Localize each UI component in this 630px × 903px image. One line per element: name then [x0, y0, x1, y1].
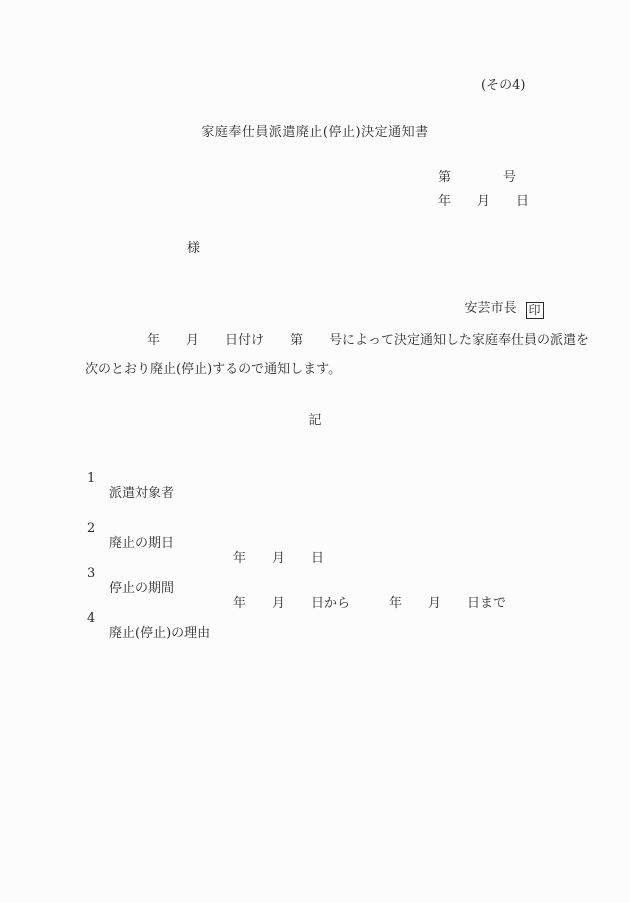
document-page: (その4) 家庭奉仕員派遣廃止(停止)決定通知書 第 号 年 月 日 様 安芸市…: [0, 0, 630, 903]
seal-stamp-box: 印: [526, 302, 544, 319]
issuer-name: 安芸市長: [465, 301, 517, 316]
body-paragraph-line-1: 年 月 日付け 第 号によって決定通知した家庭奉仕員の派遣を: [147, 334, 589, 349]
list-item-reason: 4 廃止(停止)の理由: [87, 597, 630, 613]
list-item-abolition-date: 2 廃止の期日 年 月 日: [87, 507, 630, 523]
list-item-suspension-period: 3 停止の期間 年 月 日から 年 月 日まで: [87, 552, 630, 568]
item-label: 派遣対象者: [109, 487, 174, 502]
document-title: 家庭奉仕員派遣廃止(停止)決定通知書: [0, 126, 630, 141]
item-number: 2: [87, 522, 95, 537]
body-paragraph-line-2: 次のとおり廃止(停止)するので通知します。: [85, 363, 341, 378]
item-label: 停止の期間: [109, 582, 174, 597]
issue-date-line: 年 月 日: [438, 195, 529, 210]
item-number: 3: [87, 567, 95, 582]
section-marker: 記: [0, 414, 630, 429]
item-label: 廃止(停止)の理由: [109, 627, 210, 642]
list-item-dispatch-target: 1 派遣対象者: [87, 457, 630, 473]
item-number: 4: [87, 612, 95, 627]
addressee-suffix: 様: [187, 242, 200, 257]
item-number: 1: [87, 472, 95, 487]
doc-number-line: 第 号: [438, 171, 516, 186]
issuer-line: 安芸市長印: [448, 287, 544, 334]
item-label: 廃止の期日: [109, 537, 174, 552]
page-number-label: (その4): [481, 79, 525, 94]
